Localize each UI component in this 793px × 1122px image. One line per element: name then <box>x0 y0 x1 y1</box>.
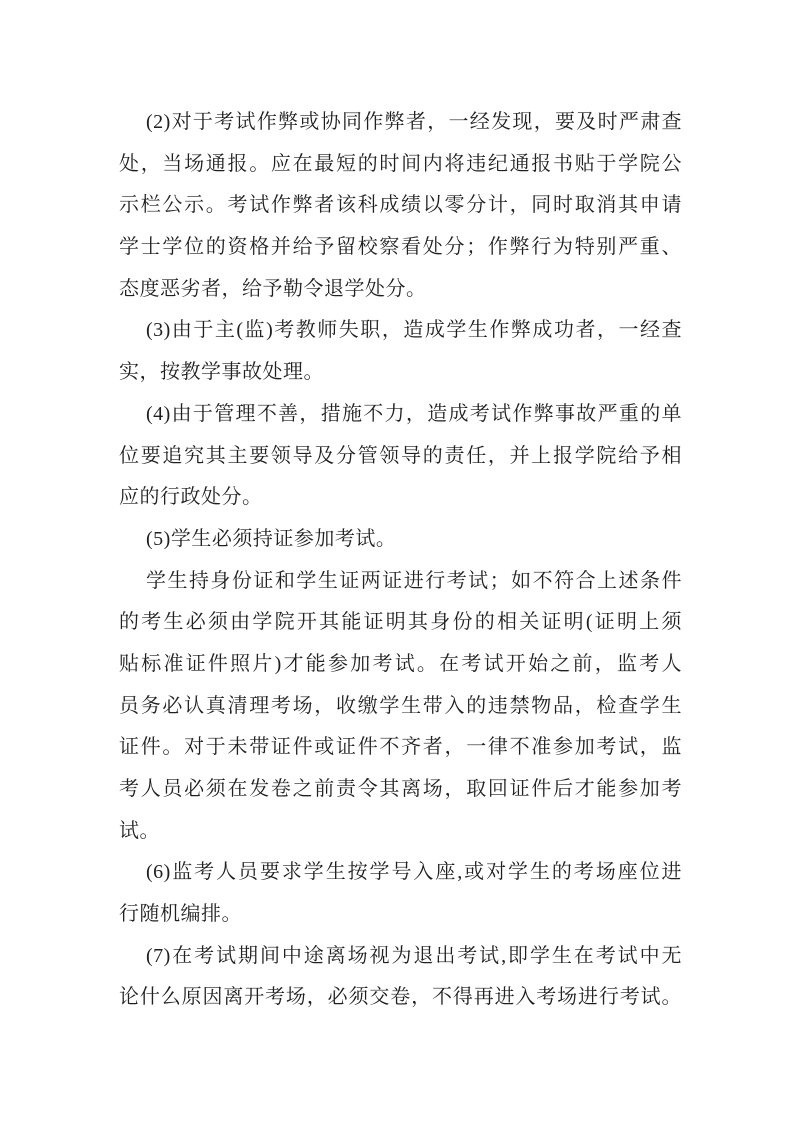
text-block: (2)对于考试作弊或协同作弊者，一经发现，要及时严肃查处，当场通报。应在最短的时… <box>119 102 682 1019</box>
paragraph-item-3: (3)由于主(监)考教师失职，造成学生作弊成功者，一经查实，按教学事故处理。 <box>119 310 682 393</box>
text-line: 员务必认真清理考场，收缴学生带入的违禁物品，检查学生 <box>119 686 682 728</box>
text-line: 位要追究其主要领导及分管领导的责任，并上报学院给予相 <box>119 436 682 478</box>
text-line: 学生持身份证和学生证两证进行考试；如不符合上述条件 <box>119 561 682 603</box>
text-line: 试。 <box>119 811 682 853</box>
text-line: 态度恶劣者，给予勒令退学处分。 <box>119 269 682 311</box>
text-line: (6)监考人员要求学生按学号入座,或对学生的考场座位进 <box>119 852 682 894</box>
text-line: 贴标准证件照片)才能参加考试。在考试开始之前，监考人 <box>119 644 682 686</box>
paragraph-item-7: (7)在考试期间中途离场视为退出考试,即学生在考试中无论什么原因离开考场，必须交… <box>119 936 682 1019</box>
paragraph-item-5: (5)学生必须持证参加考试。 <box>119 519 682 561</box>
paragraph-item-4: (4)由于管理不善，措施不力，造成考试作弊事故严重的单位要追究其主要领导及分管领… <box>119 394 682 519</box>
text-line: 的考生必须由学院开其能证明其身份的相关证明(证明上须 <box>119 602 682 644</box>
text-line: 处，当场通报。应在最短的时间内将违纪通报书贴于学院公 <box>119 144 682 186</box>
paragraph-item-5-detail: 学生持身份证和学生证两证进行考试；如不符合上述条件的考生必须由学院开其能证明其身… <box>119 561 682 853</box>
text-line: 示栏公示。考试作弊者该科成绩以零分计，同时取消其申请 <box>119 185 682 227</box>
text-line: 实，按教学事故处理。 <box>119 352 682 394</box>
text-line: (2)对于考试作弊或协同作弊者，一经发现，要及时严肃查 <box>119 102 682 144</box>
text-line: (3)由于主(监)考教师失职，造成学生作弊成功者，一经查 <box>119 310 682 352</box>
paragraph-item-2: (2)对于考试作弊或协同作弊者，一经发现，要及时严肃查处，当场通报。应在最短的时… <box>119 102 682 310</box>
text-line: 学士学位的资格并给予留校察看处分；作弊行为特别严重、 <box>119 227 682 269</box>
text-line: 论什么原因离开考场，必须交卷，不得再进入考场进行考试。 <box>119 977 682 1019</box>
text-line: (5)学生必须持证参加考试。 <box>119 519 682 561</box>
text-line: 证件。对于未带证件或证件不齐者，一律不准参加考试，监 <box>119 727 682 769</box>
text-line: 应的行政处分。 <box>119 477 682 519</box>
text-line: (7)在考试期间中途离场视为退出考试,即学生在考试中无 <box>119 936 682 978</box>
text-line: 考人员必须在发卷之前责令其离场，取回证件后才能参加考 <box>119 769 682 811</box>
paragraph-item-6: (6)监考人员要求学生按学号入座,或对学生的考场座位进行随机编排。 <box>119 852 682 935</box>
document-page: (2)对于考试作弊或协同作弊者，一经发现，要及时严肃查处，当场通报。应在最短的时… <box>0 0 793 1122</box>
text-line: 行随机编排。 <box>119 894 682 936</box>
text-line: (4)由于管理不善，措施不力，造成考试作弊事故严重的单 <box>119 394 682 436</box>
